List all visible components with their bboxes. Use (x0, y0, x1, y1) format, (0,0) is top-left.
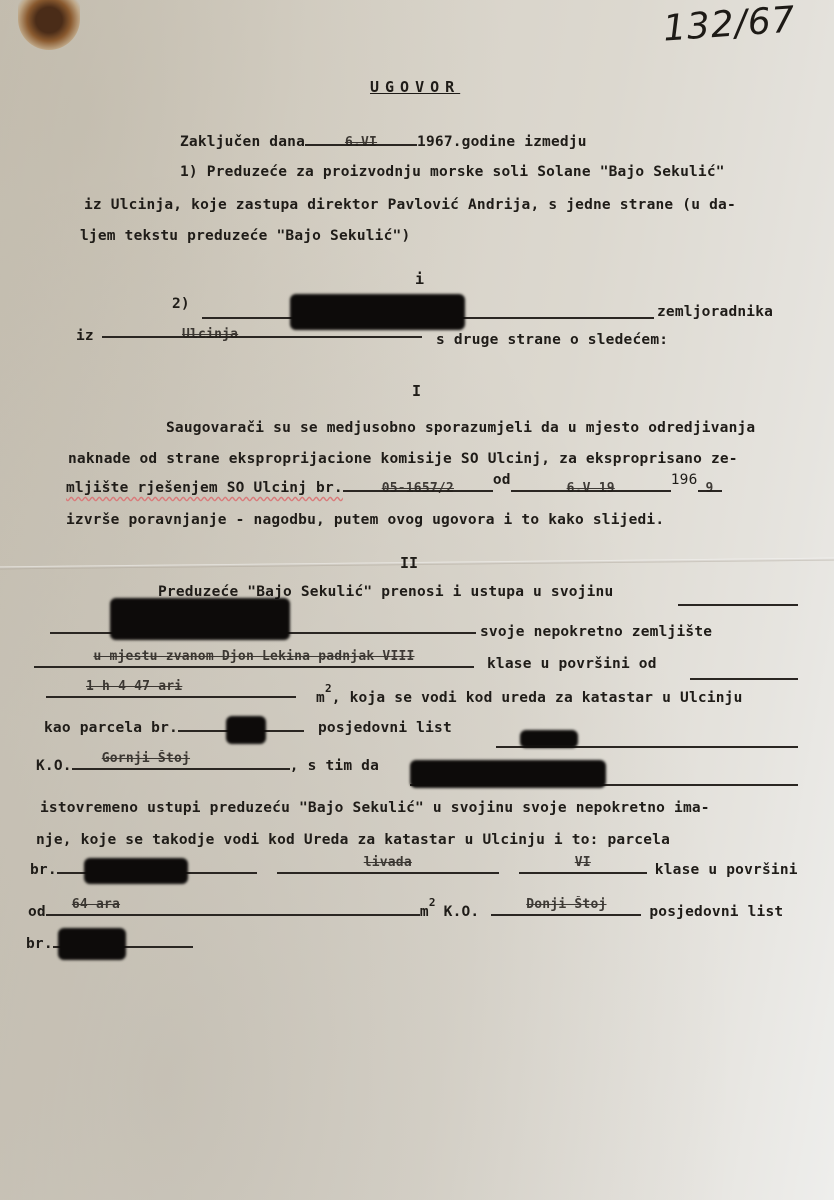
intro-prefix: Zaključen dana (180, 134, 305, 150)
section2-line4-suffix: , koja se vodi kod ureda za katastar u U… (332, 690, 743, 706)
culture-fill: livada (277, 855, 499, 870)
year-blank: 9 (698, 490, 722, 492)
m2-sup: 2 (325, 682, 332, 695)
decision-date-blank: 6.V 19 (511, 490, 671, 492)
area2-line: od64 aram2K.O.Donji Štojposjedovni list (28, 904, 783, 920)
area2-blank: 64 ara (46, 914, 420, 916)
intro-suffix: 1967.godine izmedju (417, 134, 587, 150)
redaction-parcel (226, 716, 266, 744)
section2-line2-suffix: svoje nepokretno zemljište (480, 624, 712, 640)
party2-from-line: Ulcinja (102, 326, 422, 342)
party2-label: 2) (172, 296, 190, 312)
date-blank: 6.VI (305, 144, 417, 146)
party1-line1: 1) Preduzeće za proizvodnju morske soli … (180, 164, 725, 180)
br-label: br. (30, 862, 57, 878)
party1-line2: iz Ulcinja, koje zastupa direktor Pavlov… (84, 197, 736, 213)
redaction-parcel2 (84, 858, 188, 884)
section2-heading: II (400, 554, 418, 572)
section1-line1: Saugovarači su se medjusobno sporazumjel… (166, 420, 755, 436)
redaction-recipient (110, 598, 290, 640)
ko-label: K.O. (36, 758, 72, 774)
m2-unit-2: m (420, 904, 429, 920)
possession-label: posjedovni list (318, 720, 452, 736)
party2-suffix: s druge strane o sledećem: (436, 332, 668, 348)
m2-sup-2: 2 (429, 896, 436, 909)
ko-line: K.O.Gornji Štoj, s tim da (36, 758, 379, 774)
area-line: 1 h 4 47 ari (46, 686, 296, 702)
ko-fill: Gornji Štoj (72, 751, 290, 766)
handwritten-reference-number: 132/67 (662, 0, 797, 50)
redaction-possession (520, 730, 578, 748)
ko2-fill: Donji Štoj (491, 897, 641, 912)
place-fill: u mjestu zvanom Djon Lekina padnjak VIII (34, 649, 474, 664)
redaction-possession2 (58, 928, 126, 960)
possession2-label: posjedovni list (649, 904, 783, 920)
party2-from-fill: Ulcinja (102, 327, 422, 342)
class-fill: VI (519, 855, 647, 870)
recipient-blank-a (678, 594, 798, 606)
section1-heading: I (412, 382, 421, 400)
section1-line3-prefix: mljište rješenjem SO Ulcinj br. (66, 480, 343, 496)
ko2-blank: Donji Štoj (491, 914, 641, 916)
redaction-counterparty (410, 760, 606, 788)
area-fill: 1 h 4 47 ari (46, 679, 296, 694)
culture-blank: livada (277, 872, 499, 874)
intro-line: Zaključen dana6.VI1967.godine izmedju (180, 134, 587, 150)
class-blank: VI (519, 872, 647, 874)
party1-line3: ljem tekstu preduzeće "Bajo Sekulić") (80, 228, 410, 244)
m2-unit: m (316, 690, 325, 706)
area2-fill: 64 ara (46, 897, 420, 912)
od2-label: od (28, 904, 46, 920)
section2-line7: nje, koje se takodje vodi kod Ureda za k… (36, 832, 670, 848)
year-prefix: 196 (671, 472, 698, 488)
decision-date-fill: 6.V 19 (511, 481, 671, 496)
year-fill: 9 (698, 481, 722, 496)
section1-line3: mljište rješenjem SO Ulcinj br.05-1657/2… (66, 480, 722, 496)
ko-blank: Gornji Štoj (72, 768, 290, 770)
section2-line6: istovremeno ustupi preduzeću "Bajo Sekul… (40, 800, 710, 816)
party2-from-label: iz (76, 328, 94, 344)
br2-label: br. (26, 936, 53, 952)
section2-line3-suffix: klase u površini od (487, 656, 657, 672)
area-unit-line: m2, koja se vodi kod ureda za katastar u… (316, 690, 743, 706)
decision-number-blank: 05-1657/2 (343, 490, 493, 492)
section2-line8-suffix: klase u površini (655, 862, 798, 878)
area-blank-a (690, 668, 798, 680)
ko2-label: K.O. (444, 904, 480, 920)
redaction-party2-name (290, 294, 465, 330)
place-line: u mjestu zvanom Djon Lekina padnjak VIII (34, 656, 474, 672)
section1-line2: naknade od strane eksproprijacione komis… (68, 451, 738, 467)
rust-stain (18, 0, 80, 50)
decision-number-fill: 05-1657/2 (343, 481, 493, 496)
tim-da-label: , s tim da (290, 758, 379, 774)
date-fill: 6.VI (305, 135, 417, 150)
parcel-prefix: kao parcela br. (44, 720, 178, 736)
party2-from-blank: Ulcinja (102, 336, 422, 338)
od-label: od (493, 472, 511, 488)
document-title: UGOVOR (370, 78, 460, 96)
place-blank: u mjestu zvanom Djon Lekina padnjak VIII (34, 666, 474, 668)
area-blank: 1 h 4 47 ari (46, 696, 296, 698)
party2-occupation: zemljoradnika (657, 304, 773, 320)
section1-line4: izvrše poravnjanje - nagodbu, putem ovog… (66, 512, 664, 528)
conjunction: i (415, 270, 424, 288)
